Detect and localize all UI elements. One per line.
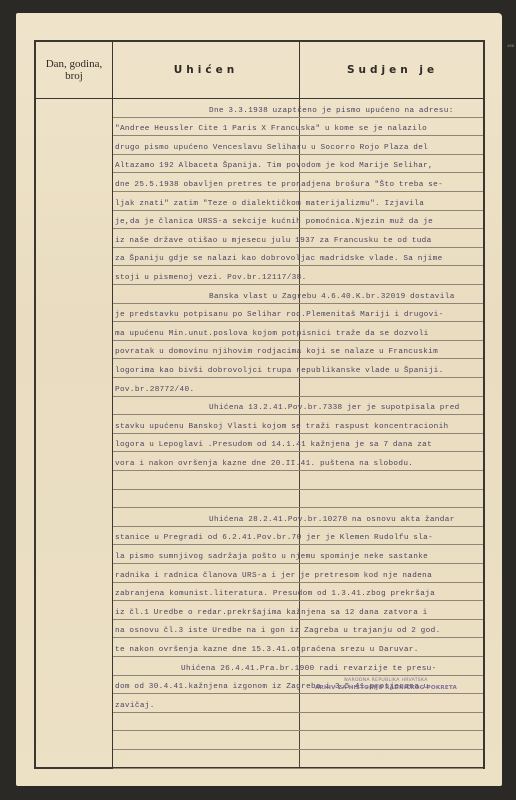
typed-text: je predstavku potpisanu po Selihar rod.P… xyxy=(115,311,444,319)
typed-text: iz naše države otišao u mjesecu julu 193… xyxy=(115,237,432,245)
typed-text: stavku upućenu Banskoj Vlasti kojom se t… xyxy=(115,423,449,431)
typed-text: Uhićena 13.2.41.Pov.br.7338 jer je supot… xyxy=(209,404,460,412)
text-line xyxy=(113,471,483,490)
text-line: Altazamo 192 Albaceta Španija. Tim povod… xyxy=(113,155,483,174)
text-line: Pov.br.28772/40. xyxy=(113,378,483,397)
text-line: zavičaj. xyxy=(113,694,483,713)
typed-text: radnika i radnica članova URS-a i jer je… xyxy=(115,572,432,580)
text-line: Uhićena 13.2.41.Pov.br.7338 jer je supot… xyxy=(113,397,483,416)
typed-text: te nakon ovršenja kazne dne 15.3.41.otpr… xyxy=(115,646,419,654)
typed-text: zavičaj. xyxy=(115,702,155,710)
text-line: te nakon ovršenja kazne dne 15.3.41.otpr… xyxy=(113,638,483,657)
typed-text: vora i nakon ovršenja kazne dne 20.II.41… xyxy=(115,460,413,468)
typed-text: stoji u pismenoj vezi. Pov.br.12117/38. xyxy=(115,274,307,282)
text-line: iz čl.1 Uredbe o redar.prekršajima kažnj… xyxy=(113,601,483,620)
text-line: stavku upućenu Banskoj Vlasti kojom se t… xyxy=(113,415,483,434)
text-line: je predstavku potpisanu po Selihar rod.P… xyxy=(113,304,483,323)
typed-text: ma upućenu Min.unut.poslova kojom potpis… xyxy=(115,330,429,338)
text-line xyxy=(113,750,483,769)
typed-text: Banska vlast u Zagrebu 4.6.40.K.br.32019… xyxy=(209,293,455,301)
stamp-line-1: NARODNA REPUBLIKA HRVATSKA xyxy=(296,678,476,683)
archive-stamp: NARODNA REPUBLIKA HRVATSKA ARHIV ZA HIST… xyxy=(296,678,476,691)
text-line: "Andree Heussler Cite 1 Paris X Francusk… xyxy=(113,118,483,137)
header-arrested-column: Uhićen xyxy=(113,42,300,98)
record-body: Dne 3.3.1938 uzaptčeno je pismo upućeno … xyxy=(113,99,483,767)
page-number-mark: 106 xyxy=(507,45,514,49)
typed-text: drugo pismo upućeno Venceslavu Seliharu … xyxy=(115,144,428,152)
table-header: Dan, godina, broj Uhićen Sudjen je xyxy=(36,42,483,99)
text-line xyxy=(113,713,483,732)
header-date-column: Dan, godina, broj xyxy=(36,42,113,98)
header-tried-column: Sudjen je xyxy=(300,42,485,98)
text-line: je,da je članica URSS-a sekcije kućnih p… xyxy=(113,211,483,230)
text-line: stanice u Pregradi od 6.2.41.Pov.br.70 j… xyxy=(113,527,483,546)
text-line xyxy=(113,490,483,509)
typed-text: Uhićena 26.4.41.Pra.br.1900 radi revarzi… xyxy=(181,665,437,673)
text-line: Dne 3.3.1938 uzaptčeno je pismo upućeno … xyxy=(113,99,483,118)
record-table: Dan, godina, broj Uhićen Sudjen je Dne 3… xyxy=(34,40,485,769)
typed-text: je,da je članica URSS-a sekcije kućnih p… xyxy=(115,218,433,226)
text-line: stoji u pismenoj vezi. Pov.br.12117/38. xyxy=(113,266,483,285)
text-line: vora i nakon ovršenja kazne dne 20.II.41… xyxy=(113,452,483,471)
typed-text: ljak znati" zatim "Teze o dialektičkom m… xyxy=(115,200,424,208)
text-line: radnika i radnica članova URS-a i jer je… xyxy=(113,564,483,583)
typed-text: Dne 3.3.1938 uzaptčeno je pismo upućeno … xyxy=(209,107,454,115)
text-line: zabranjena komunist.literatura. Presudom… xyxy=(113,583,483,602)
text-line xyxy=(113,731,483,750)
text-line: logora u Lepoglavi .Presudom od 14.1.41 … xyxy=(113,434,483,453)
text-line: iz naše države otišao u mjesecu julu 193… xyxy=(113,229,483,248)
text-line: povratak u domovinu njihovim rodjacima k… xyxy=(113,341,483,360)
text-line: ma upućenu Min.unut.poslova kojom potpis… xyxy=(113,322,483,341)
typed-text: Uhićena 28.2.41.Pov.br.10270 na osnovu a… xyxy=(209,516,455,524)
text-line: na osnovu čl.3 iste Uredbe na i gon iz Z… xyxy=(113,620,483,639)
text-line: ljak znati" zatim "Teze o dialektičkom m… xyxy=(113,192,483,211)
typed-text: povratak u domovinu njihovim rodjacima k… xyxy=(115,348,438,356)
stamp-line-2: ARHIV ZA HISTORIJU RADNIČKOG POKRETA xyxy=(296,685,476,691)
typed-text: na osnovu čl.3 iste Uredbe na i gon iz Z… xyxy=(115,627,441,635)
text-line: Banska vlast u Zagrebu 4.6.40.K.br.32019… xyxy=(113,285,483,304)
text-line: drugo pismo upućeno Venceslavu Seliharu … xyxy=(113,136,483,155)
typed-text: logora u Lepoglavi .Presudom od 14.1.41 … xyxy=(115,441,432,449)
text-line: Uhićena 26.4.41.Pra.br.1900 radi revarzi… xyxy=(113,657,483,676)
text-line: dne 25.5.1938 obavljen pretres te pronad… xyxy=(113,173,483,192)
text-line: la pismo sumnjivog sadržaja pošto u njem… xyxy=(113,545,483,564)
typed-text: stanice u Pregradi od 6.2.41.Pov.br.70 j… xyxy=(115,534,433,542)
typed-text: Altazamo 192 Albaceta Španija. Tim povod… xyxy=(115,162,433,170)
text-line: logorima kao bivši dobrovoljci trupa rep… xyxy=(113,359,483,378)
date-column-body xyxy=(36,99,113,767)
typed-text: zabranjena komunist.literatura. Presudom… xyxy=(115,590,435,598)
typed-text: za Španiju gdje se nalazi kao dobrovolja… xyxy=(115,255,443,263)
typed-text: "Andree Heussler Cite 1 Paris X Francusk… xyxy=(115,125,427,133)
typed-text: iz čl.1 Uredbe o redar.prekršajima kažnj… xyxy=(115,609,428,617)
typed-text: la pismo sumnjivog sadržaja pošto u njem… xyxy=(115,553,428,561)
typed-text: Pov.br.28772/40. xyxy=(115,386,194,394)
text-line: Uhićena 28.2.41.Pov.br.10270 na osnovu a… xyxy=(113,508,483,527)
typed-text: dne 25.5.1938 obavljen pretres te pronad… xyxy=(115,181,443,189)
text-line: za Španiju gdje se nalazi kao dobrovolja… xyxy=(113,248,483,267)
typed-text: logorima kao bivši dobrovoljci trupa rep… xyxy=(115,367,444,375)
